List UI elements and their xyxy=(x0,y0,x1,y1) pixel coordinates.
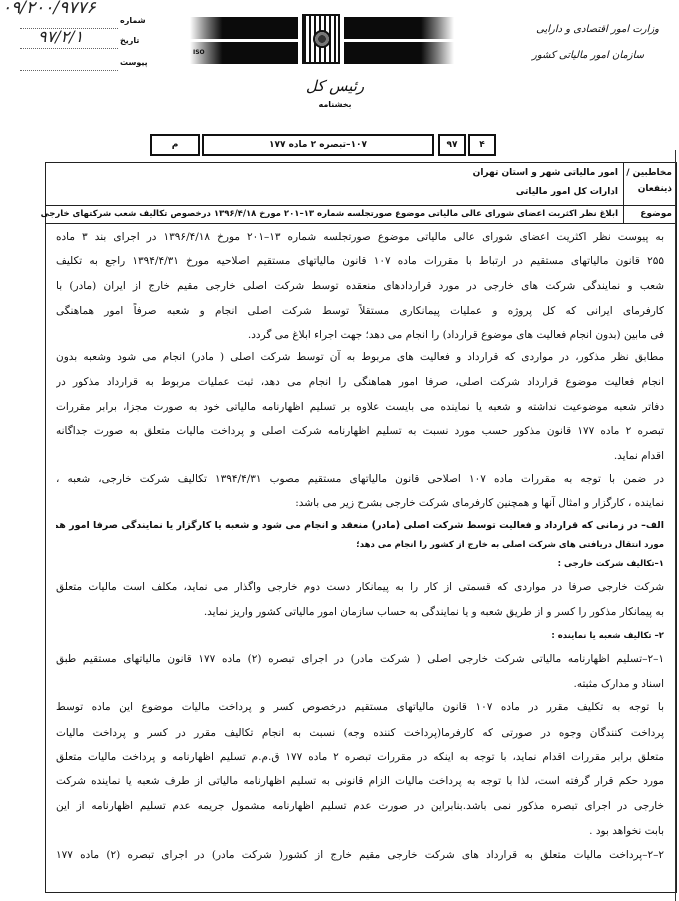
meta-label-number: شماره xyxy=(120,16,146,25)
address-table: مخاطبین / ذینفعان امور مالیاتی شهر و است… xyxy=(45,162,677,224)
meta-value-date: ۹۷/۲/۱ xyxy=(38,27,83,46)
body-line: ۱–۲–تسلیم اظهارنامه مالیاتی شرکت خارجی ا… xyxy=(56,651,664,667)
body-line: نماینده ، کارگزار و امثال آنها و همچنین … xyxy=(56,495,664,511)
recipients-label-line-1: مخاطبین / xyxy=(624,168,672,178)
body-line: خارجی در اجرای تبصره مذکور نمی باشد.بناب… xyxy=(56,798,664,814)
body-line: در ضمن با توجه به مقررات ماده ۱۰۷ اصلاحی… xyxy=(56,471,664,487)
body-line: به پیمانکار مذکور را کسر و از طریق شعبه … xyxy=(56,604,664,620)
body-line: به پیوست نظر اکثریت اعضای شورای عالی مال… xyxy=(56,229,664,245)
document-body: به پیوست نظر اکثریت اعضای شورای عالی مال… xyxy=(45,223,677,893)
body-line: تبصره ۲ ماده ۱۷۷ قانون مذکور حسب مورد نس… xyxy=(56,423,664,439)
subject-label: موضوع xyxy=(640,209,672,219)
iso-mark: ISO xyxy=(193,49,205,56)
body-line: پرداخت کنندگان وجوه در صورتی که کارفرما(… xyxy=(56,725,664,741)
number-box-value-2: ۹۷ xyxy=(447,140,458,150)
body-line: انجام فعالیت موضوع قرارداد شرکت اصلی، صر… xyxy=(56,374,664,390)
body-line: مورد حکم قرار گرفته است، لذا با توجه به … xyxy=(56,773,664,789)
subject-text: ابلاغ نظر اکثریت اعضای شورای عالی مالیات… xyxy=(41,209,618,219)
section-heading-alef-cont: مورد انتقال دریافتی های شرکت اصلی به خار… xyxy=(56,537,664,553)
body-line: با توجه به تکلیف مقرر در ماده ۱۰۷ قانون … xyxy=(56,699,664,715)
table-divider xyxy=(46,205,676,206)
recipients-label-cell: مخاطبین / ذینفعان xyxy=(623,163,676,205)
body-line: شعب و نمایندگی شرکت های خارجی در مورد قر… xyxy=(56,278,664,294)
body-line: مطابق نظر مذکور، در مواردی که قرارداد و … xyxy=(56,349,664,365)
ministry-name: وزارت امور اقتصادی و دارایی xyxy=(536,24,659,35)
body-line: ۲۵۵ قانون مالیاتهای مستقیم در ارتباط با … xyxy=(56,253,664,269)
document-type: بخشنامه xyxy=(300,100,370,109)
recipients-label-line-2: ذینفعان xyxy=(624,184,672,194)
body-line: اسناد و مدارک مثبته. xyxy=(56,676,664,692)
number-box-value-3: ۱۰۷–تبصره ۲ ماده ۱۷۷ xyxy=(269,140,367,150)
logo-bar-bottom-left xyxy=(190,42,298,64)
subheading-foreign-company-duties: ۱–تکالیف شرکت خارجی : xyxy=(56,556,664,572)
body-line: اقدام نماید. xyxy=(56,448,664,464)
subject-label-cell: موضوع xyxy=(623,205,676,224)
logo-bar-top-left xyxy=(190,17,298,39)
body-line: ۲–۲–پرداخت مالیات متعلق به قرارداد های ش… xyxy=(56,847,664,863)
emblem-icon xyxy=(302,14,340,64)
number-box-cell-3: ۱۰۷–تبصره ۲ ماده ۱۷۷ xyxy=(202,134,434,156)
number-box-cell-1: ۴ xyxy=(468,134,496,156)
body-line: کارفرمای ایرانی که کل پروژه و عملیات پیم… xyxy=(56,303,664,319)
number-box-value-4: م xyxy=(172,140,179,150)
number-box-cell-2: ۹۷ xyxy=(438,134,466,156)
body-line: متعلق برابر مقررات اقدام نماید، با توجه … xyxy=(56,749,664,765)
body-line: فی مابین (بدون انجام فعالیت های موضوع قر… xyxy=(56,327,664,343)
subheading-branch-duties: ۲– تکالیف شعبه یا نماینده : xyxy=(56,628,664,644)
body-line: بابت نخواهد بود . xyxy=(56,823,664,839)
organization-name: سازمان امور مالیاتی کشور xyxy=(532,50,644,61)
section-heading-alef: الف– در زمانی که قرارداد و فعالیت توسط ش… xyxy=(56,518,664,534)
meta-label-attachment: پیوست xyxy=(120,58,148,67)
logo-bar-bottom-right xyxy=(344,42,454,64)
body-line: دفاتر شعبه موضوعیت نداشته و شعبه یا نمای… xyxy=(56,399,664,415)
logo-bar-top-right xyxy=(344,17,454,39)
recipient-1: امور مالیاتی شهر و استان تهران xyxy=(473,168,618,178)
meta-row-date: تاریخ ۹۷/۲/۱ xyxy=(20,30,118,49)
recipient-2: ادارات کل امور مالیاتی xyxy=(516,187,618,197)
meta-row-attachment: پیوست xyxy=(20,52,118,71)
meta-label-date: تاریخ xyxy=(120,36,139,45)
number-box-value-1: ۴ xyxy=(479,140,485,150)
body-line: شرکت خارجی صرفا در مواردی که قسمتی از کا… xyxy=(56,579,664,595)
scan-edge-line xyxy=(675,150,676,901)
number-box-cell-4: م xyxy=(150,134,200,156)
page-title: رئیس کل xyxy=(300,77,370,95)
